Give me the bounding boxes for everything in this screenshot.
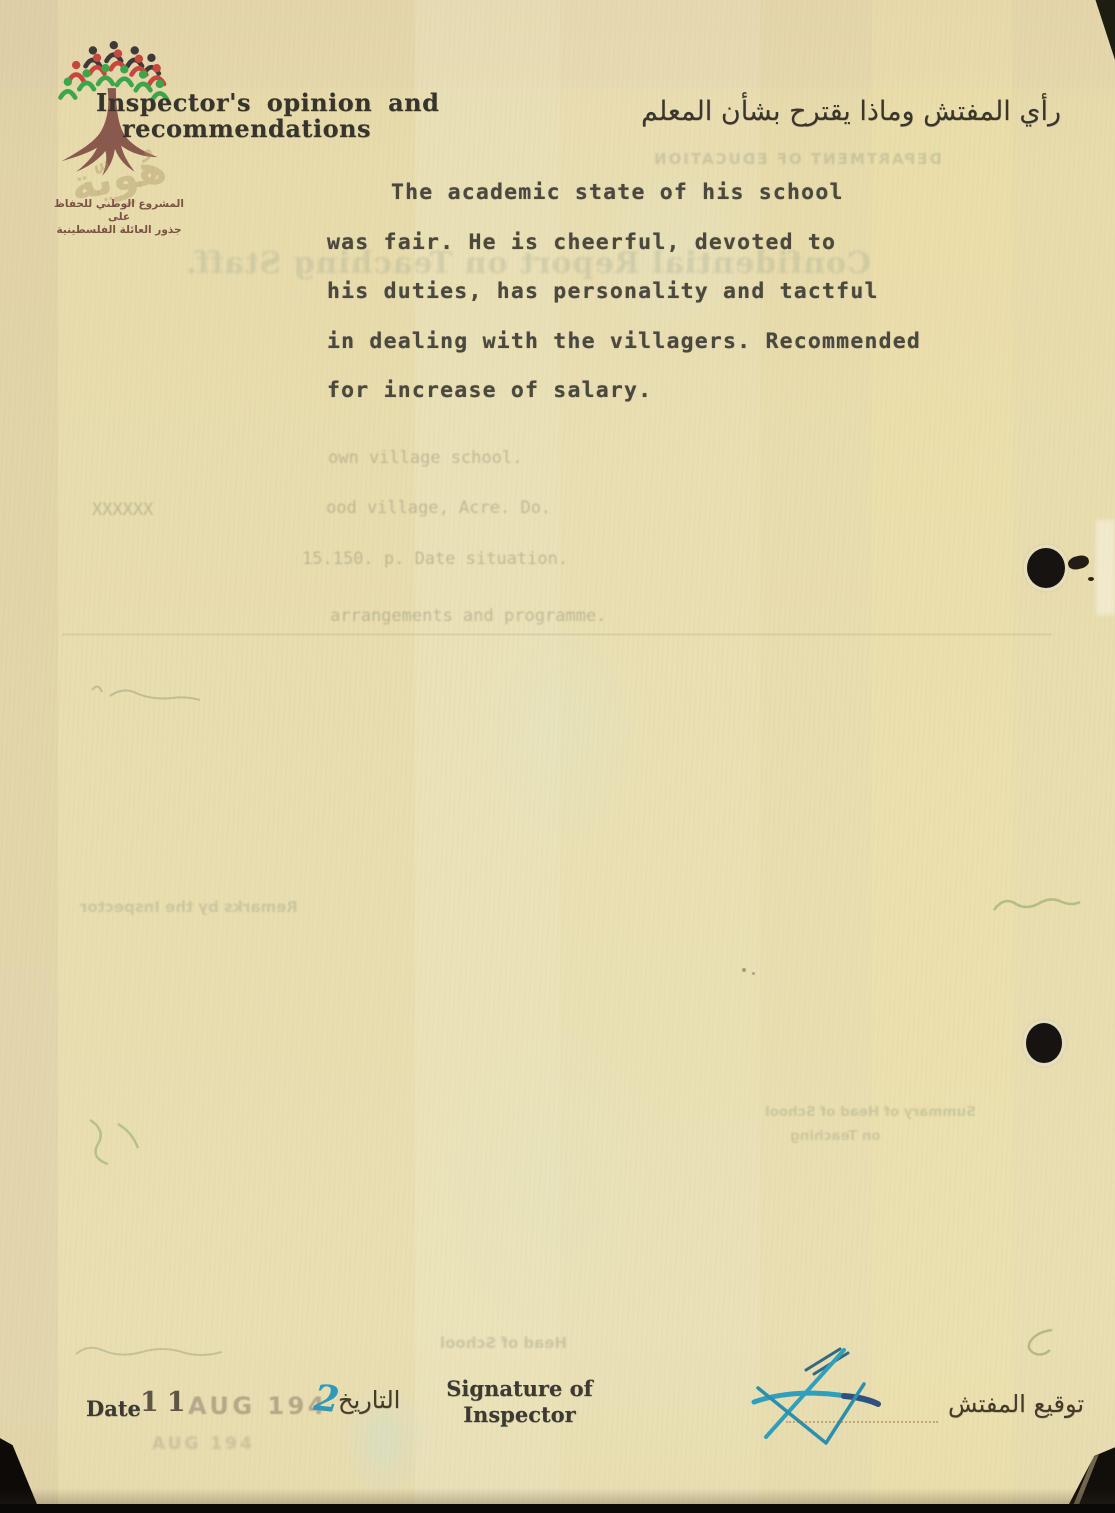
- bleedthrough-line: ood village, Acre. Do.: [326, 498, 551, 518]
- ghost-scribble: [86, 680, 236, 712]
- paragraph-line: in dealing with the villagers. Recommend…: [327, 317, 1007, 367]
- paragraph-line: for increase of salary.: [327, 366, 1007, 416]
- scan-corner-bottom-left: [0, 1426, 70, 1513]
- ghost-scribble-green: [78, 1112, 153, 1172]
- heading-arabic: رأي المفتش وماذا يقترح بشأن المعلم: [641, 96, 1061, 127]
- logo-org-name: المشروع الوطني للحفاظ على جذور العائلة ا…: [44, 198, 194, 237]
- inspector-opinion-paragraph: The academic state of his school was fai…: [327, 168, 1007, 416]
- hole-punch-smudge: [1088, 577, 1094, 581]
- bleedthrough-line: 15.150. p. Date situation.: [302, 549, 568, 569]
- scan-corner-fold-highlight: [1062, 1452, 1102, 1513]
- date-stamp-ghost: AUG 194: [152, 1434, 255, 1454]
- date-stamp-month-year: AUG 194: [188, 1392, 328, 1420]
- scan-corner-top-right: [1085, 0, 1115, 60]
- signature-dotted-line: [786, 1421, 938, 1423]
- paragraph-line: The academic state of his school: [327, 168, 1007, 218]
- bleedthrough-summary: Summary of Head of School: [765, 1104, 976, 1120]
- bleedthrough-head-of-school: Head of School: [440, 1334, 567, 1352]
- bleedthrough-line: own village school.: [328, 448, 522, 468]
- hole-punch-smudge: [1067, 554, 1091, 572]
- date-label-arabic: التاريخ: [338, 1386, 400, 1414]
- bleedthrough-remarks: Remarks by the Inspector: [80, 898, 298, 916]
- bleedthrough-department: DEPARTMENT OF EDUCATION: [652, 150, 942, 168]
- bleedthrough-line: XXXXXX: [92, 500, 153, 520]
- logo-org-line2: جذور العائلة الفلسطينية: [44, 224, 194, 237]
- page-edge-highlight: [1096, 520, 1115, 615]
- paper-patch: [470, 600, 650, 860]
- paper-patch: [430, 1020, 670, 1350]
- scan-bottom-shadow: [0, 1488, 1115, 1504]
- ghost-scribble: [70, 1336, 230, 1366]
- heading-english-line2: recommendations: [122, 114, 371, 143]
- date-stamp-day: 11: [140, 1387, 194, 1418]
- paragraph-line: was fair. He is cheerful, devoted to: [327, 218, 1007, 268]
- signature-label-arabic: توقيع المفتش: [948, 1390, 1084, 1418]
- date-label: Date: [86, 1396, 141, 1421]
- bleedthrough-rule: [62, 634, 1052, 635]
- scan-bottom-strip: [0, 1504, 1115, 1513]
- signature-label: Signature of Inspector: [437, 1376, 602, 1428]
- scan-corner-bottom-right: [1050, 1440, 1115, 1513]
- hole-punch: [1026, 1023, 1062, 1063]
- handwritten-year-digit: 2: [312, 1377, 341, 1421]
- hole-punch: [1027, 548, 1065, 588]
- ghost-dot: [742, 968, 746, 972]
- logo-org-line1: المشروع الوطني للحفاظ على: [44, 198, 194, 224]
- inspector-signature: [746, 1340, 921, 1455]
- bleedthrough-line: arrangements and programme.: [330, 606, 606, 626]
- scanned-document-page: هُوِيّة المشروع الوطني للحفاظ على جذور ا…: [0, 0, 1115, 1513]
- signature-label-line2: Inspector: [437, 1402, 602, 1428]
- signature-label-line1: Signature of: [437, 1376, 602, 1402]
- paragraph-line: his duties, has personality and tactful: [327, 267, 1007, 317]
- ghost-scribble-green: [986, 888, 1086, 924]
- ghost-dot: [752, 972, 755, 975]
- bleedthrough-teaching: on Teaching: [790, 1128, 881, 1144]
- heading-english-line1: Inspector's opinion and: [96, 88, 439, 117]
- ghost-scribble-green: [1018, 1324, 1062, 1358]
